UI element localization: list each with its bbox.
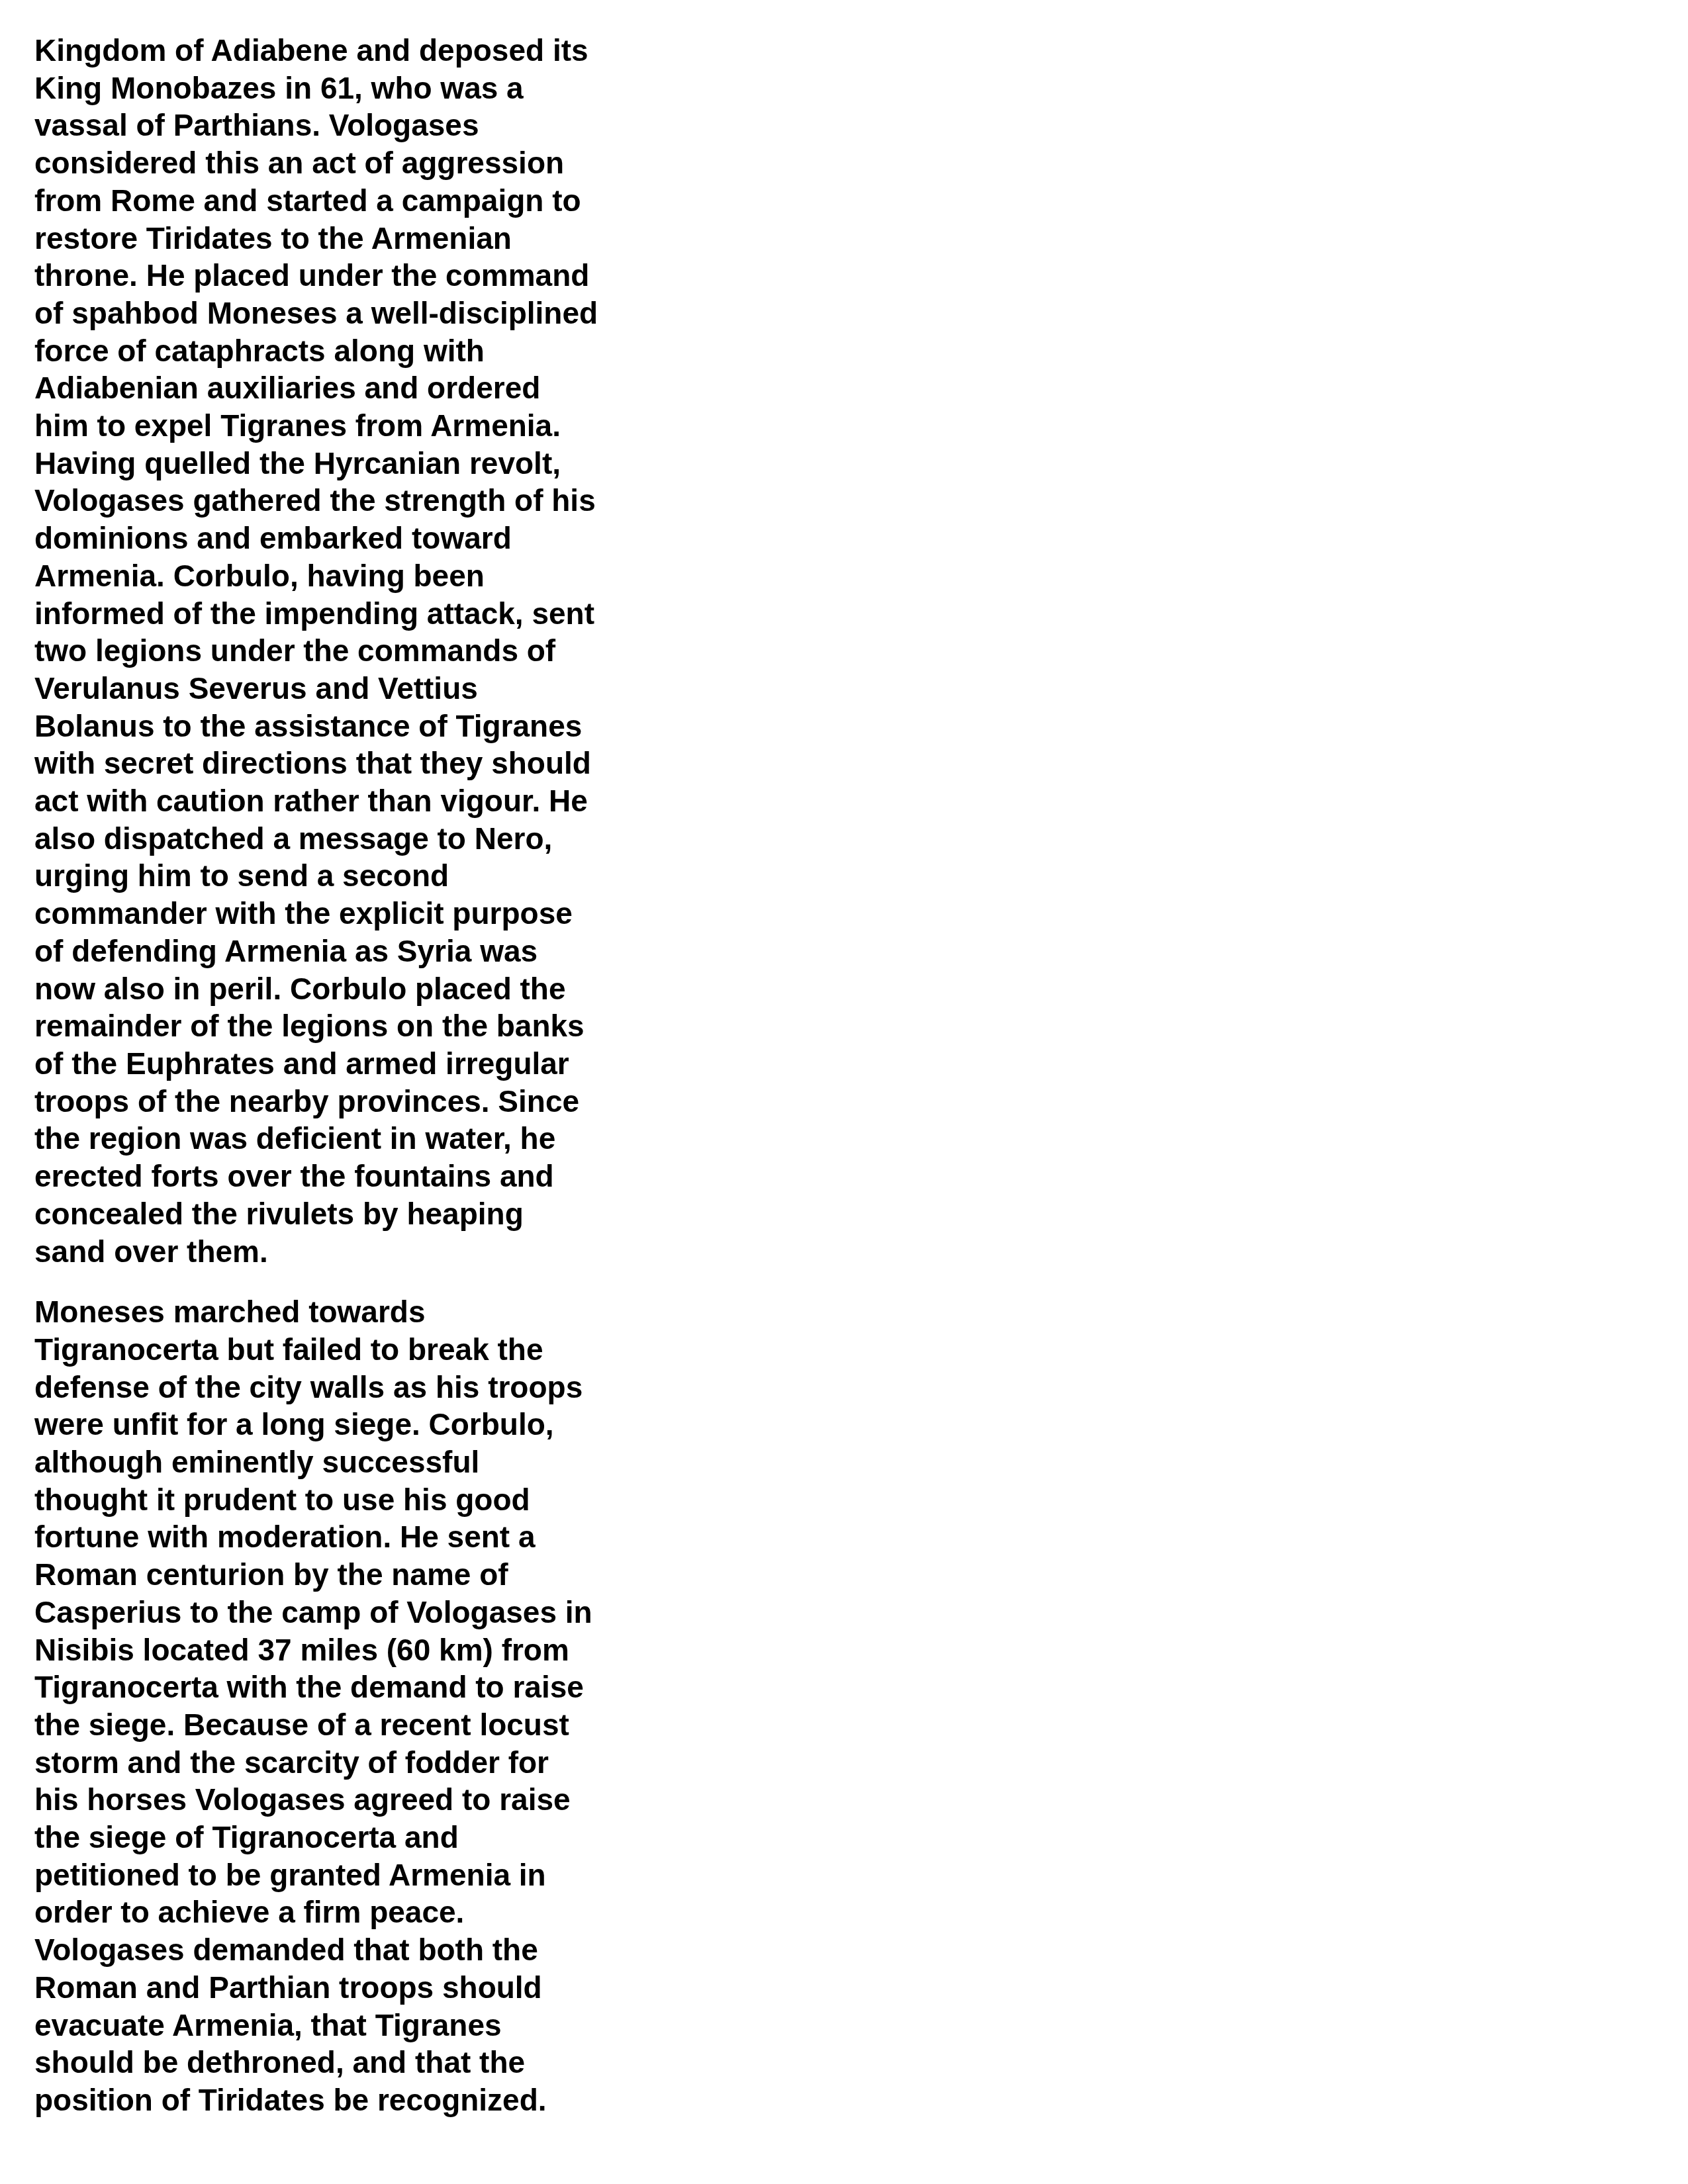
text-line: of the Euphrates and armed irregular	[34, 1045, 630, 1083]
text-line: although eminently successful	[34, 1443, 630, 1481]
text-line: evacuate Armenia, that Tigranes	[34, 2007, 630, 2044]
text-line: Moneses marched towards	[34, 1293, 630, 1331]
text-line: Adiabenian auxiliaries and ordered	[34, 369, 630, 407]
text-line: King Monobazes in 61, who was a	[34, 69, 630, 107]
text-line: troops of the nearby provinces. Since	[34, 1083, 630, 1120]
text-line: informed of the impending attack, sent	[34, 595, 630, 633]
text-line: should be dethroned, and that the	[34, 2044, 630, 2081]
text-line: erected forts over the fountains and	[34, 1158, 630, 1195]
text-line: from Rome and started a campaign to	[34, 182, 630, 220]
text-line: position of Tiridates be recognized.	[34, 2081, 630, 2119]
text-line: throne. He placed under the command	[34, 257, 630, 295]
text-line: Tigranocerta with the demand to raise	[34, 1668, 630, 1706]
text-line: fortune with moderation. He sent a	[34, 1518, 630, 1556]
text-line: him to expel Tigranes from Armenia.	[34, 407, 630, 445]
text-line: Tigranocerta but failed to break the	[34, 1331, 630, 1369]
text-line: vassal of Parthians. Vologases	[34, 107, 630, 144]
text-line: now also in peril. Corbulo placed the	[34, 970, 630, 1008]
text-line: force of cataphracts along with	[34, 332, 630, 370]
text-line: restore Tiridates to the Armenian	[34, 220, 630, 257]
text-line: Vologases gathered the strength of his	[34, 482, 630, 520]
text-line: remainder of the legions on the banks	[34, 1007, 630, 1045]
text-line: act with caution rather than vigour. He	[34, 782, 630, 820]
text-line: concealed the rivulets by heaping	[34, 1195, 630, 1233]
text-line: considered this an act of aggression	[34, 144, 630, 182]
text-line: storm and the scarcity of fodder for	[34, 1744, 630, 1782]
text-line: sand over them.	[34, 1233, 630, 1271]
text-line: Verulanus Severus and Vettius	[34, 670, 630, 707]
text-line: of defending Armenia as Syria was	[34, 933, 630, 970]
text-line: two legions under the commands of	[34, 632, 630, 670]
document-page: Kingdom of Adiabene and deposed its King…	[0, 0, 1688, 2184]
text-line: Bolanus to the assistance of Tigranes	[34, 707, 630, 745]
paragraph-2: Moneses marched towards Tigranocerta but…	[34, 1293, 630, 2118]
text-line: with secret directions that they should	[34, 745, 630, 782]
text-line: Roman centurion by the name of	[34, 1556, 630, 1594]
text-line: his horses Vologases agreed to raise	[34, 1781, 630, 1819]
text-line: Armenia. Corbulo, having been	[34, 557, 630, 595]
text-line: urging him to send a second	[34, 857, 630, 895]
text-line: Vologases demanded that both the	[34, 1931, 630, 1969]
text-line: commander with the explicit purpose	[34, 895, 630, 933]
text-line: Roman and Parthian troops should	[34, 1969, 630, 2007]
text-line: also dispatched a message to Nero,	[34, 820, 630, 858]
text-line: Having quelled the Hyrcanian revolt,	[34, 445, 630, 482]
text-line: order to achieve a firm peace.	[34, 1893, 630, 1931]
text-line: the siege. Because of a recent locust	[34, 1706, 630, 1744]
text-line: the siege of Tigranocerta and	[34, 1819, 630, 1856]
text-line: Kingdom of Adiabene and deposed its	[34, 32, 630, 69]
text-line: defense of the city walls as his troops	[34, 1369, 630, 1406]
text-line: Casperius to the camp of Vologases in	[34, 1594, 630, 1631]
text-column: Kingdom of Adiabene and deposed its King…	[34, 32, 630, 2142]
text-line: Nisibis located 37 miles (60 km) from	[34, 1631, 630, 1669]
text-line: were unfit for a long siege. Corbulo,	[34, 1406, 630, 1443]
paragraph-1: Kingdom of Adiabene and deposed its King…	[34, 32, 630, 1270]
text-line: the region was deficient in water, he	[34, 1120, 630, 1158]
text-line: of spahbod Moneses a well-disciplined	[34, 295, 630, 332]
text-line: petitioned to be granted Armenia in	[34, 1856, 630, 1894]
text-line: dominions and embarked toward	[34, 520, 630, 557]
text-line: thought it prudent to use his good	[34, 1481, 630, 1519]
